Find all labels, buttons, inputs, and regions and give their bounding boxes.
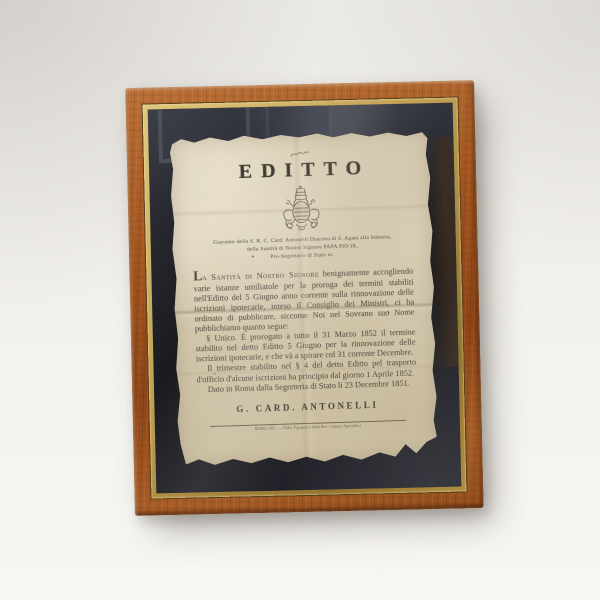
page-title: EDITTO bbox=[186, 155, 415, 185]
imprint-block: ROMA 1851. — Dalla Tipografia della Rev.… bbox=[194, 419, 422, 435]
ink-mark-icon bbox=[289, 150, 309, 159]
issuer-lines: Giacomo della S. R. C. Card. Antonelli D… bbox=[188, 233, 417, 264]
edict-document: EDITTO bbox=[168, 128, 440, 468]
edict-paper: EDITTO bbox=[168, 128, 440, 468]
dark-mat: EDITTO bbox=[148, 103, 462, 494]
drop-cap: L bbox=[193, 269, 202, 284]
signature: G. CARD. ANTONELLI bbox=[193, 398, 421, 415]
paragraph-preamble: La Santità di Nostro Signore benignament… bbox=[193, 266, 415, 335]
papal-coat-of-arms-icon bbox=[269, 183, 333, 235]
photo-background: EDITTO bbox=[0, 0, 600, 600]
edict-body: La Santità di Nostro Signore benignament… bbox=[193, 266, 417, 395]
picture-frame: EDITTO bbox=[125, 80, 484, 516]
